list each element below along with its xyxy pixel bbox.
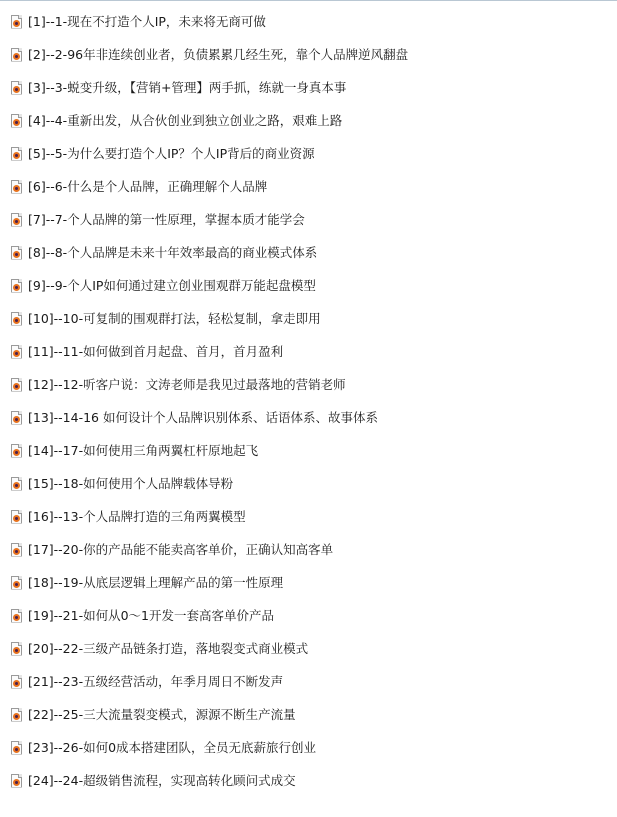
video-file-icon [11, 279, 23, 294]
file-name: [19]--21-如何从0～1开发一套高客单价产品 [28, 608, 274, 624]
file-list-item[interactable]: [18]--19-从底层逻辑上理解产品的第一性原理 [0, 566, 617, 599]
video-file-icon [11, 114, 23, 129]
file-list-item[interactable]: [6]--6-什么是个人品牌，正确理解个人品牌 [0, 170, 617, 203]
file-list-item[interactable]: [16]--13-个人品牌打造的三角两翼模型 [0, 500, 617, 533]
video-file-icon [11, 675, 23, 690]
file-list-item[interactable]: [20]--22-三级产品链条打造，落地裂变式商业模式 [0, 632, 617, 665]
file-name: [23]--26-如何0成本搭建团队，全员无底薪旅行创业 [28, 740, 316, 756]
file-name: [2]--2-96年非连续创业者，负债累累几经生死，靠个人品牌逆风翻盘 [28, 47, 408, 63]
file-list-item[interactable]: [8]--8-个人品牌是未来十年效率最高的商业模式体系 [0, 236, 617, 269]
video-file-icon [11, 774, 23, 789]
video-file-icon [11, 444, 23, 459]
file-name: [22]--25-三大流量裂变模式，源源不断生产流量 [28, 707, 296, 723]
file-name: [9]--9-个人IP如何通过建立创业围观群万能起盘模型 [28, 278, 316, 294]
file-list: [1]--1-现在不打造个人IP，未来将无商可做 [2]--2-96年非连续创业… [0, 5, 617, 797]
file-list-item[interactable]: [13]--14-16 如何设计个人品牌识别体系、话语体系、故事体系 [0, 401, 617, 434]
file-name: [5]--5-为什么要打造个人IP？个人IP背后的商业资源 [28, 146, 315, 162]
file-list-item[interactable]: [24]--24-超级销售流程，实现高转化顾问式成交 [0, 764, 617, 797]
file-name: [6]--6-什么是个人品牌，正确理解个人品牌 [28, 179, 267, 195]
file-name: [14]--17-如何使用三角两翼杠杆原地起飞 [28, 443, 258, 459]
file-list-item[interactable]: [7]--7-个人品牌的第一性原理，掌握本质才能学会 [0, 203, 617, 236]
file-name: [13]--14-16 如何设计个人品牌识别体系、话语体系、故事体系 [28, 410, 378, 426]
video-file-icon [11, 378, 23, 393]
file-list-item[interactable]: [1]--1-现在不打造个人IP，未来将无商可做 [0, 5, 617, 38]
video-file-icon [11, 543, 23, 558]
video-file-icon [11, 147, 23, 162]
file-list-item[interactable]: [14]--17-如何使用三角两翼杠杆原地起飞 [0, 434, 617, 467]
video-file-icon [11, 576, 23, 591]
file-list-item[interactable]: [17]--20-你的产品能不能卖高客单价，正确认知高客单 [0, 533, 617, 566]
video-file-icon [11, 411, 23, 426]
video-file-icon [11, 246, 23, 261]
file-name: [1]--1-现在不打造个人IP，未来将无商可做 [28, 14, 266, 30]
file-name: [16]--13-个人品牌打造的三角两翼模型 [28, 509, 246, 525]
video-file-icon [11, 15, 23, 30]
video-file-icon [11, 708, 23, 723]
file-name: [21]--23-五级经营活动，年季月周日不断发声 [28, 674, 283, 690]
file-name: [24]--24-超级销售流程，实现高转化顾问式成交 [28, 773, 296, 789]
file-list-item[interactable]: [2]--2-96年非连续创业者，负债累累几经生死，靠个人品牌逆风翻盘 [0, 38, 617, 71]
file-name: [17]--20-你的产品能不能卖高客单价，正确认知高客单 [28, 542, 333, 558]
file-name: [4]--4-重新出发，从合伙创业到独立创业之路，艰难上路 [28, 113, 342, 129]
video-file-icon [11, 510, 23, 525]
video-file-icon [11, 609, 23, 624]
file-list-item[interactable]: [10]--10-可复制的围观群打法，轻松复制，拿走即用 [0, 302, 617, 335]
file-list-item[interactable]: [19]--21-如何从0～1开发一套高客单价产品 [0, 599, 617, 632]
file-name: [20]--22-三级产品链条打造，落地裂变式商业模式 [28, 641, 308, 657]
file-name: [10]--10-可复制的围观群打法，轻松复制，拿走即用 [28, 311, 321, 327]
file-list-item[interactable]: [22]--25-三大流量裂变模式，源源不断生产流量 [0, 698, 617, 731]
video-file-icon [11, 81, 23, 96]
video-file-icon [11, 48, 23, 63]
file-name: [11]--11-如何做到首月起盘、首月，首月盈利 [28, 344, 283, 360]
file-list-item[interactable]: [5]--5-为什么要打造个人IP？个人IP背后的商业资源 [0, 137, 617, 170]
file-list-item[interactable]: [4]--4-重新出发，从合伙创业到独立创业之路，艰难上路 [0, 104, 617, 137]
file-list-item[interactable]: [3]--3-蜕变升级，【营销+管理】两手抓，练就一身真本事 [0, 71, 617, 104]
file-name: [18]--19-从底层逻辑上理解产品的第一性原理 [28, 575, 283, 591]
file-list-item[interactable]: [12]--12-听客户说：文涛老师是我见过最落地的营销老师 [0, 368, 617, 401]
file-list-item[interactable]: [21]--23-五级经营活动，年季月周日不断发声 [0, 665, 617, 698]
video-file-icon [11, 741, 23, 756]
file-list-item[interactable]: [23]--26-如何0成本搭建团队，全员无底薪旅行创业 [0, 731, 617, 764]
file-name: [3]--3-蜕变升级，【营销+管理】两手抓，练就一身真本事 [28, 80, 346, 96]
file-list-item[interactable]: [9]--9-个人IP如何通过建立创业围观群万能起盘模型 [0, 269, 617, 302]
video-file-icon [11, 345, 23, 360]
file-name: [8]--8-个人品牌是未来十年效率最高的商业模式体系 [28, 245, 317, 261]
video-file-icon [11, 642, 23, 657]
video-file-icon [11, 477, 23, 492]
file-list-item[interactable]: [15]--18-如何使用个人品牌载体导粉 [0, 467, 617, 500]
video-file-icon [11, 180, 23, 195]
file-name: [15]--18-如何使用个人品牌载体导粉 [28, 476, 233, 492]
file-name: [12]--12-听客户说：文涛老师是我见过最落地的营销老师 [28, 377, 346, 393]
video-file-icon [11, 312, 23, 327]
file-name: [7]--7-个人品牌的第一性原理，掌握本质才能学会 [28, 212, 305, 228]
window-top-border [0, 0, 617, 1]
file-list-item[interactable]: [11]--11-如何做到首月起盘、首月，首月盈利 [0, 335, 617, 368]
video-file-icon [11, 213, 23, 228]
